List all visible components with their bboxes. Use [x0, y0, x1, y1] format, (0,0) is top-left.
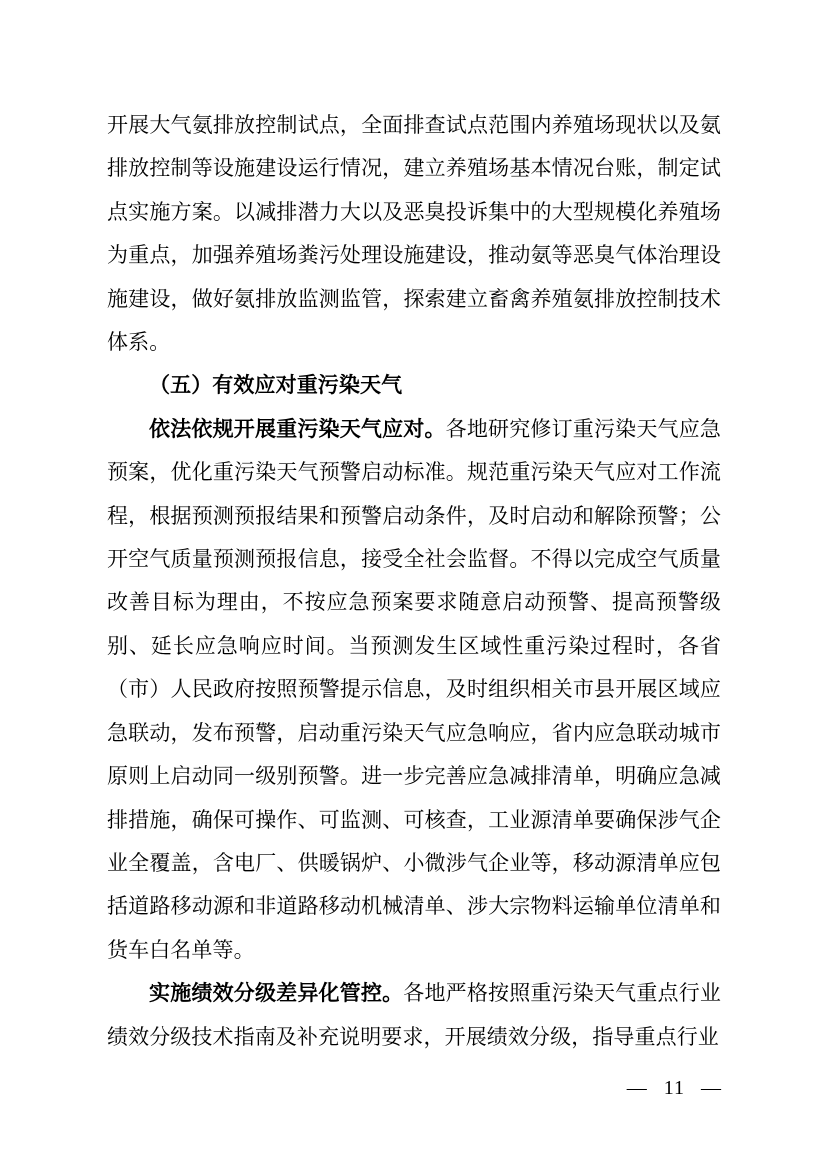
paragraph-heavy-pollution-response: 依法依规开展重污染天气应对。各地研究修订重污染天气应急预案，优化重污染天气预警启… [107, 408, 721, 972]
paragraph-performance-grading: 实施绩效分级差异化管控。各地严格按照重污染天气重点行业绩效分级技术指南及补充说明… [107, 972, 721, 1059]
paragraph-lead-sentence: 实施绩效分级差异化管控。 [149, 981, 403, 1005]
page-number: — 11 — [627, 1074, 722, 1102]
paragraph-body-text: 各地研究修订重污染天气应急预案，优化重污染天气预警启动标准。规范重污染天气应对工… [107, 417, 721, 962]
document-body: 开展大气氨排放控制试点，全面排查试点范围内养殖场现状以及氨排放控制等设施建设运行… [107, 104, 721, 1059]
paragraph-ammonia-control: 开展大气氨排放控制试点，全面排查试点范围内养殖场现状以及氨排放控制等设施建设运行… [107, 104, 721, 364]
section-heading-heavy-pollution: （五）有效应对重污染天气 [107, 364, 721, 407]
paragraph-lead-sentence: 依法依规开展重污染天气应对。 [149, 417, 446, 441]
document-page: 开展大气氨排放控制试点，全面排查试点范围内养殖场现状以及氨排放控制等设施建设运行… [0, 0, 826, 1169]
